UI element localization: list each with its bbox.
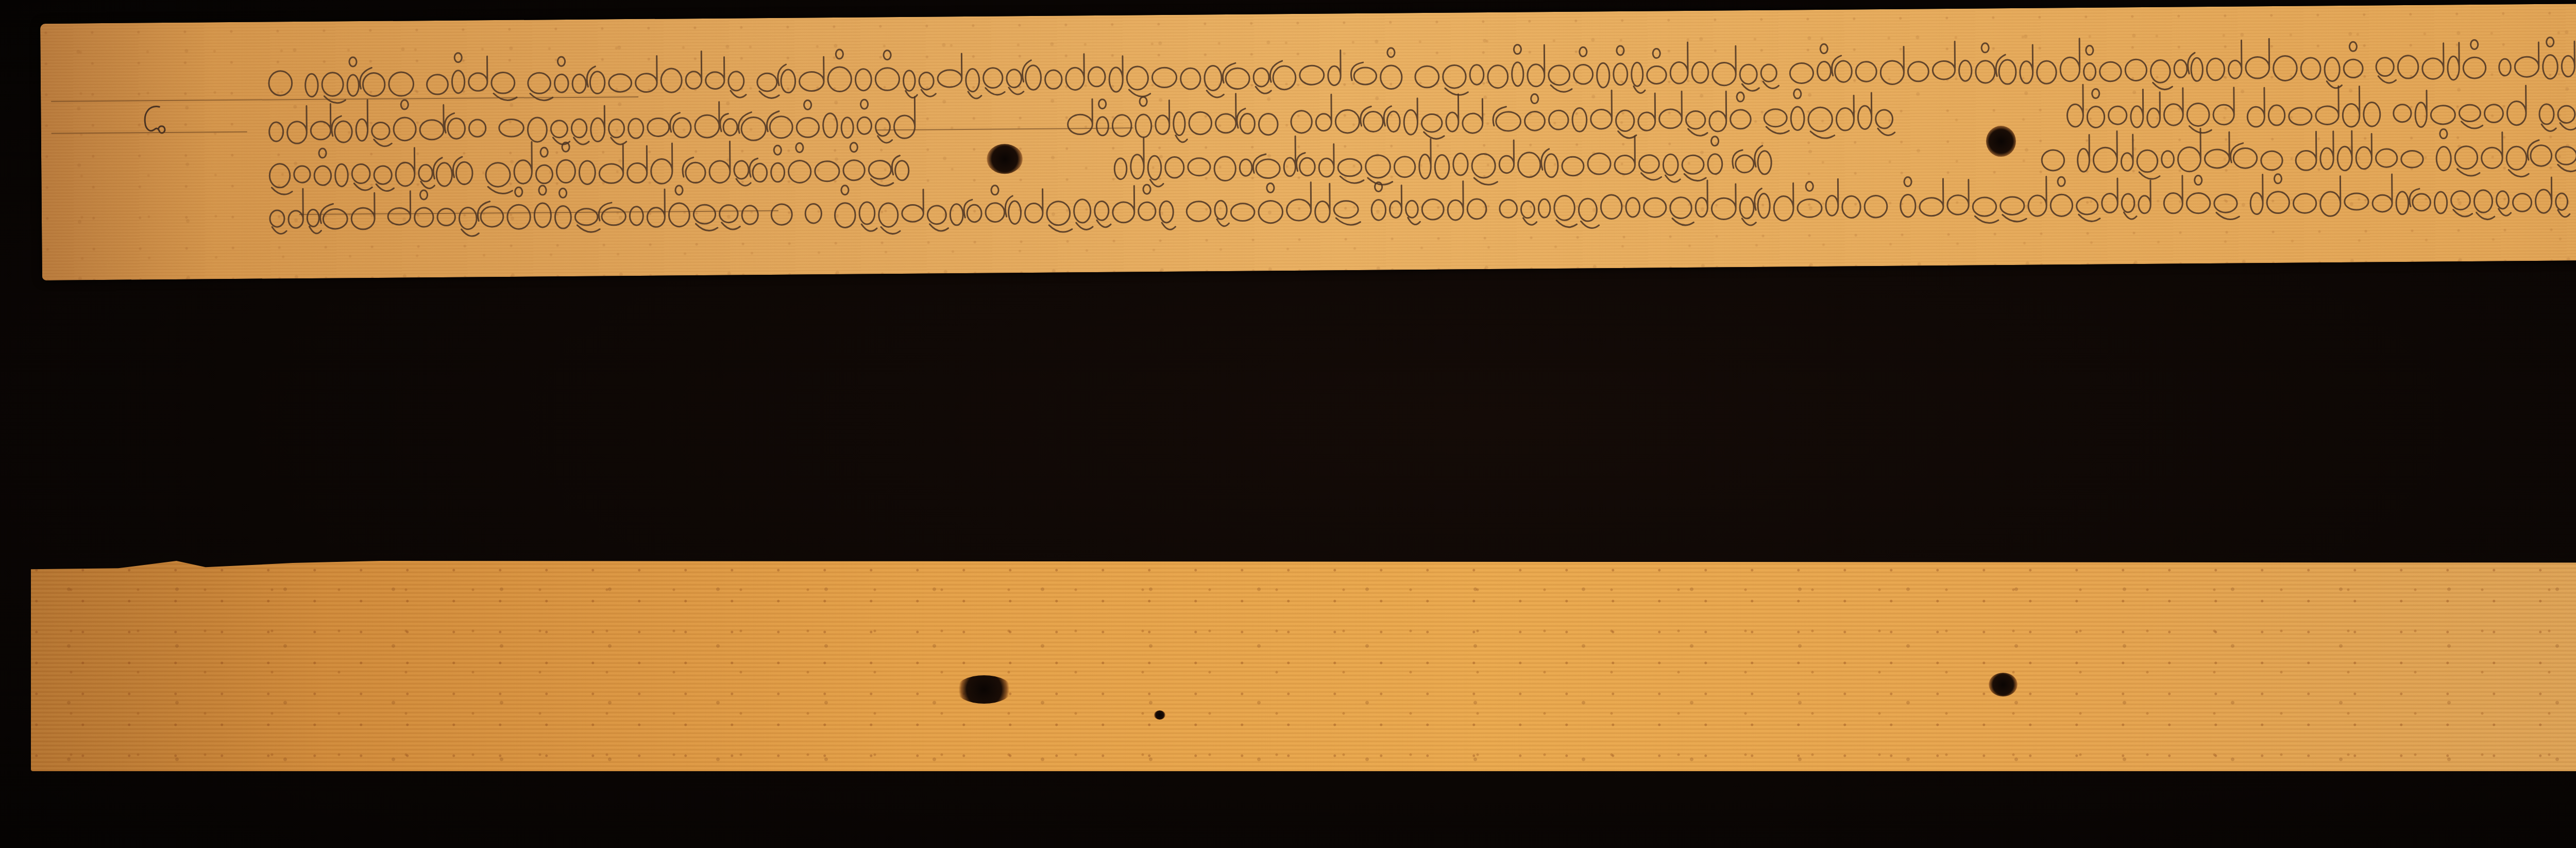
string-hole (956, 675, 1012, 704)
leaf-texture (31, 561, 2576, 771)
palm-leaf-folio-inscribed: ၆ (40, 1, 2576, 280)
page-number-glyph (139, 103, 170, 139)
string-hole (987, 144, 1023, 174)
palm-leaf-folio-blank (31, 561, 2576, 771)
string-hole (1989, 673, 2018, 696)
string-hole (1154, 710, 1165, 720)
string-hole (1986, 126, 2016, 157)
